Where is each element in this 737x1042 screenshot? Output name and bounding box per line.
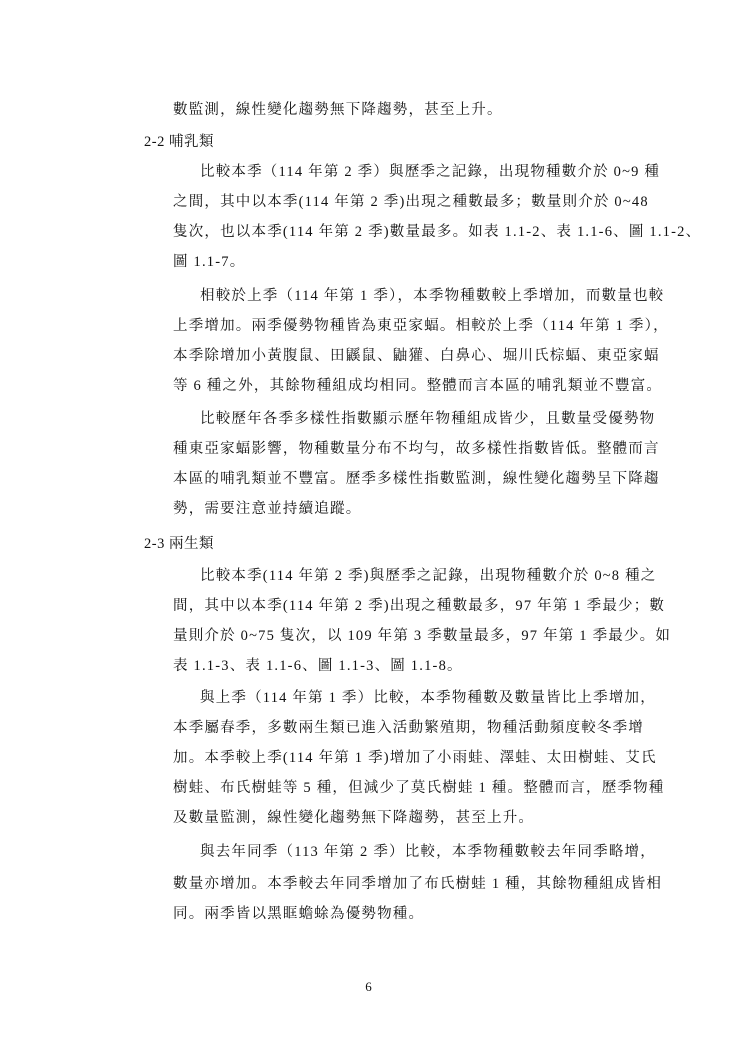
paragraph-line: 圖 1.1-7。 bbox=[173, 252, 629, 272]
paragraph-line: 及數量監測，線性變化趨勢無下降趨勢，甚至上升。 bbox=[173, 808, 629, 828]
paragraph-line: 本季除增加小黃腹鼠、田鼷鼠、鼬獾、白鼻心、堀川氏棕蝠、東亞家蝠 bbox=[173, 346, 629, 366]
paragraph-line: 間，其中以本季(114 年第 2 季)出現之種數最多，97 年第 1 季最少；數 bbox=[173, 596, 629, 616]
paragraph-line: 比較歷年各季多樣性指數顯示歷年物種組成皆少，且數量受優勢物 bbox=[200, 409, 629, 429]
paragraph-line: 數量亦增加。本季較去年同季增加了布氏樹蛙 1 種，其餘物種組成皆相 bbox=[173, 874, 629, 894]
paragraph-line: 之間，其中以本季(114 年第 2 季)出現之種數最多；數量則介於 0~48 bbox=[173, 192, 629, 212]
page-number: 6 bbox=[0, 978, 737, 996]
document-page: 數監測，線性變化趨勢無下降趨勢，甚至上升。 2-2 哺乳類 比較本季（114 年… bbox=[0, 0, 737, 1042]
paragraph-line: 加。本季較上季(114 年第 1 季)增加了小雨蛙、澤蛙、太田樹蛙、艾氏 bbox=[173, 748, 629, 768]
paragraph-line: 與去年同季（113 年第 2 季）比較，本季物種數較去年同季略增， bbox=[200, 842, 629, 862]
paragraph-line: 量則介於 0~75 隻次，以 109 年第 3 季數量最多，97 年第 1 季最… bbox=[173, 626, 629, 646]
paragraph-line: 勢，需要注意並持續追蹤。 bbox=[173, 499, 629, 519]
paragraph-line: 表 1.1-3、表 1.1-6、圖 1.1-3、圖 1.1-8。 bbox=[173, 656, 629, 676]
paragraph-line: 比較本季（114 年第 2 季）與歷季之記錄，出現物種數介於 0~9 種 bbox=[200, 162, 629, 182]
paragraph-line: 隻次，也以本季(114 年第 2 季)數量最多。如表 1.1-2、表 1.1-6… bbox=[173, 222, 629, 242]
section-heading-amphibians: 2-3 兩生類 bbox=[144, 534, 214, 554]
paragraph-line: 種東亞家蝠影響，物種數量分布不均勻，故多樣性指數皆低。整體而言 bbox=[173, 439, 629, 459]
section-heading-mammals: 2-2 哺乳類 bbox=[144, 132, 214, 152]
paragraph-line: 與上季（114 年第 1 季）比較，本季物種數及數量皆比上季增加， bbox=[200, 688, 629, 708]
paragraph-line: 同。兩季皆以黑眶蟾蜍為優勢物種。 bbox=[173, 904, 629, 924]
paragraph-line: 上季增加。兩季優勢物種皆為東亞家蝠。相較於上季（114 年第 1 季）， bbox=[173, 316, 629, 336]
carryover-line: 數監測，線性變化趨勢無下降趨勢，甚至上升。 bbox=[173, 100, 629, 120]
paragraph-line: 等 6 種之外，其餘物種組成均相同。整體而言本區的哺乳類並不豐富。 bbox=[173, 376, 629, 396]
paragraph-line: 相較於上季（114 年第 1 季），本季物種數較上季增加，而數量也較 bbox=[200, 286, 629, 306]
paragraph-line: 比較本季(114 年第 2 季)與歷季之記錄，出現物種數介於 0~8 種之 bbox=[200, 566, 629, 586]
paragraph-line: 本區的哺乳類並不豐富。歷季多樣性指數監測，線性變化趨勢呈下降趨 bbox=[173, 469, 629, 489]
paragraph-line: 樹蛙、布氏樹蛙等 5 種，但減少了莫氏樹蛙 1 種。整體而言，歷季物種 bbox=[173, 778, 629, 798]
paragraph-line: 本季屬春季，多數兩生類已進入活動繁殖期，物種活動頻度較冬季增 bbox=[173, 718, 629, 738]
